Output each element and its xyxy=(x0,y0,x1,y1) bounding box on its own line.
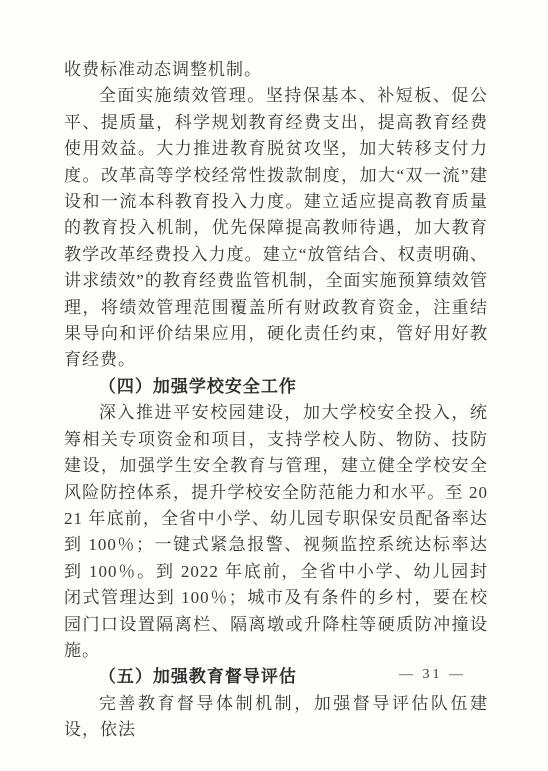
document-body: 收费标准动态调整机制。 全面实施绩效管理。坚持保基本、补短板、促公平、提质量，科… xyxy=(64,57,488,744)
paragraph-supervision-evaluation: 完善教育督导体制机制，加强督导评估队伍建设，依法 xyxy=(64,691,488,744)
paragraph-fee-standard-continuation: 收费标准动态调整机制。 xyxy=(64,57,488,83)
paragraph-school-safety: 深入推进平安校园建设，加大学校安全投入，统筹相关专项资金和项目，支持学校人防、物… xyxy=(64,400,488,664)
section-heading-4-school-safety: （四）加强学校安全工作 xyxy=(64,374,488,400)
paragraph-performance-management: 全面实施绩效管理。坚持保基本、补短板、促公平、提质量，科学规划教育经费支出，提高… xyxy=(64,83,488,373)
document-page: 收费标准动态调整机制。 全面实施绩效管理。坚持保基本、补短板、促公平、提质量，科… xyxy=(0,0,548,771)
page-number: — 31 — xyxy=(399,667,466,683)
